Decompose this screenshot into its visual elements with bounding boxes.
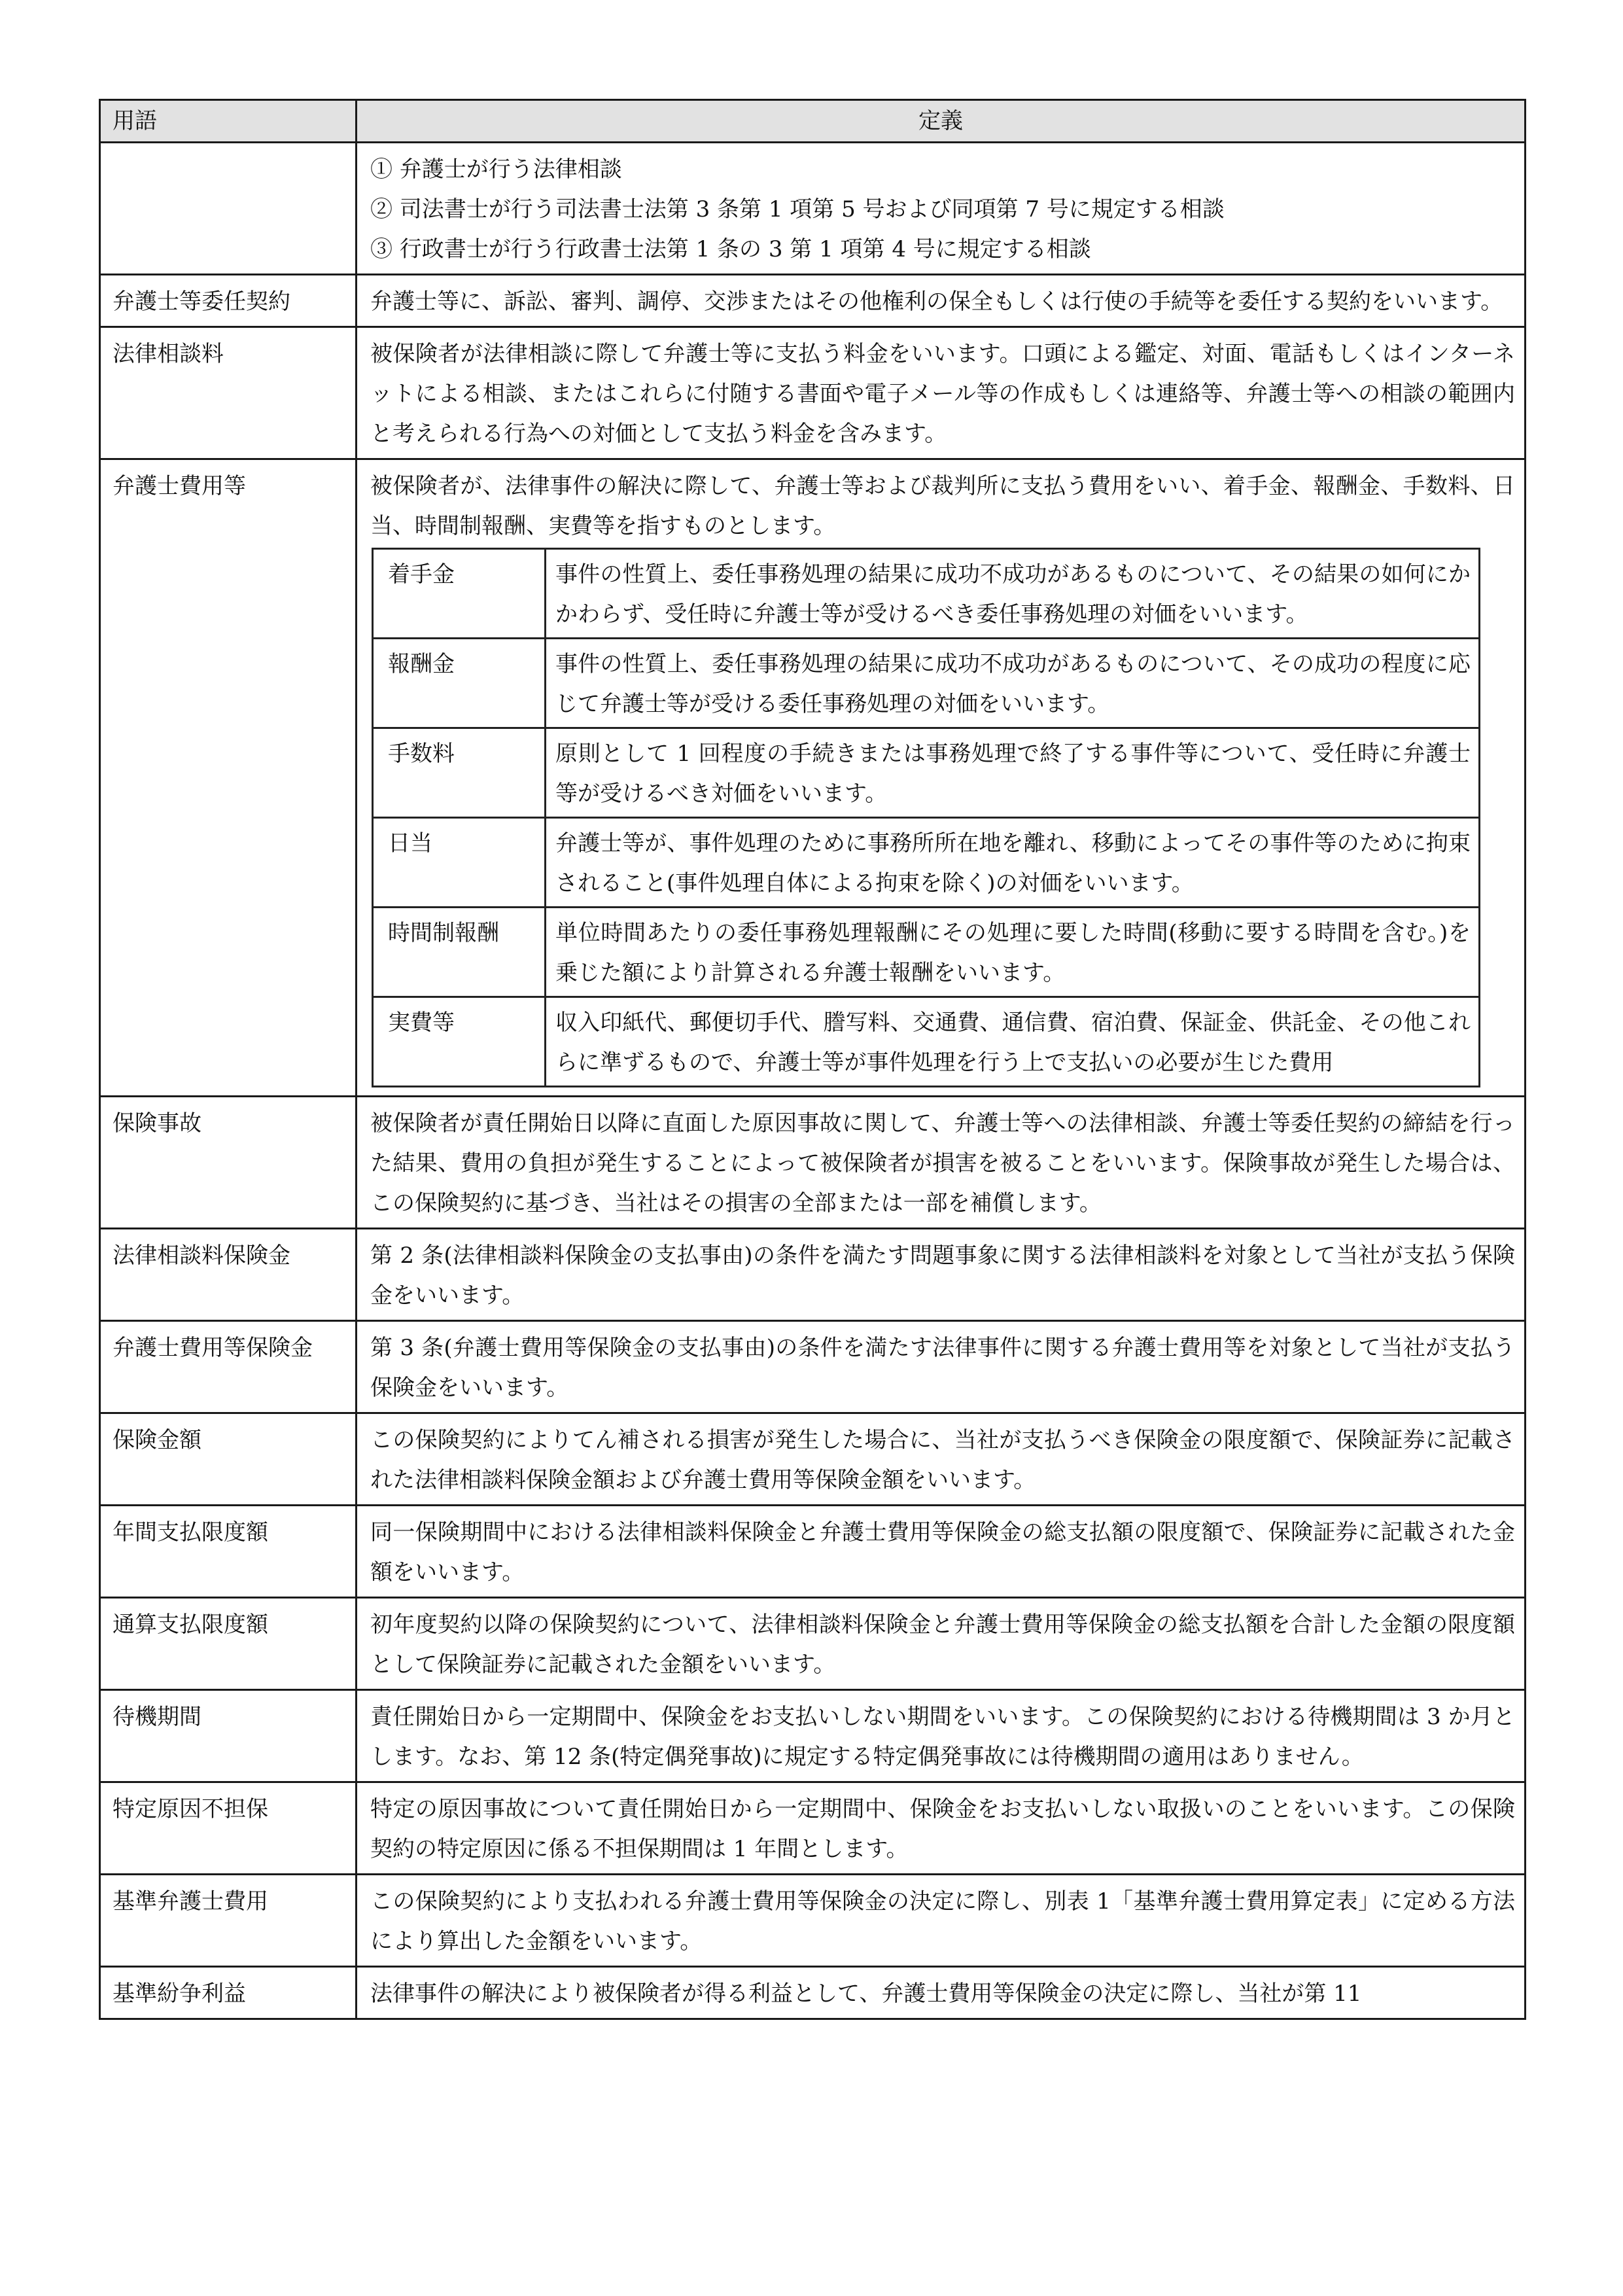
- table-row: 弁護士費用等 被保険者が、法律事件の解決に際して、弁護士等および裁判所に支払う費…: [100, 459, 1526, 1097]
- definition-cell: 初年度契約以降の保険契約について、法律相談料保険金と弁護士費用等保険金の総支払額…: [357, 1598, 1526, 1690]
- definition-text: 被保険者が、法律事件の解決に際して、弁護士等および裁判所に支払う費用をいい、着手…: [370, 467, 1515, 546]
- term-cell: 待機期間: [100, 1690, 357, 1782]
- table-row: 通算支払限度額 初年度契約以降の保険契約について、法律相談料保険金と弁護士費用等…: [100, 1598, 1526, 1690]
- definition-cell: 第 2 条(法律相談料保険金の支払事由)の条件を満たす問題事象に関する法律相談料…: [357, 1229, 1526, 1321]
- sub-definition-cell: 収入印紙代、郵便切手代、謄写料、交通費、通信費、宿泊費、保証金、供託金、その他こ…: [546, 997, 1480, 1087]
- sub-definition-cell: 単位時間あたりの委任事務処理報酬にその処理に要した時間(移動に要する時間を含む。…: [546, 908, 1480, 997]
- table-row: 法律相談料保険金 第 2 条(法律相談料保険金の支払事由)の条件を満たす問題事象…: [100, 1229, 1526, 1321]
- list-item: ① 弁護士が行う法律相談: [370, 150, 1515, 190]
- document-page: 用語 定義 ① 弁護士が行う法律相談 ② 司法書士が行う司法書士法第 3 条第 …: [99, 99, 1524, 2020]
- definition-cell: 責任開始日から一定期間中、保険金をお支払いしない期間をいいます。この保険契約にお…: [357, 1690, 1526, 1782]
- definition-cell: ① 弁護士が行う法律相談 ② 司法書士が行う司法書士法第 3 条第 1 項第 5…: [357, 143, 1526, 275]
- table-row: 基準紛争利益 法律事件の解決により被保険者が得る利益として、弁護士費用等保険金の…: [100, 1967, 1526, 2019]
- sub-table-row: 着手金 事件の性質上、委任事務処理の結果に成功不成功があるものについて、その結果…: [373, 549, 1480, 639]
- list-item: ③ 行政書士が行う行政書士法第 1 条の 3 第 1 項第 4 号に規定する相談: [370, 230, 1515, 270]
- term-cell: 通算支払限度額: [100, 1598, 357, 1690]
- definition-cell: 法律事件の解決により被保険者が得る利益として、弁護士費用等保険金の決定に際し、当…: [357, 1967, 1526, 2019]
- sub-term-cell: 着手金: [373, 549, 546, 639]
- sub-definition-cell: 事件の性質上、委任事務処理の結果に成功不成功があるものについて、その成功の程度に…: [546, 639, 1480, 728]
- sub-term-cell: 実費等: [373, 997, 546, 1087]
- definition-cell: この保険契約によりてん補される損害が発生した場合に、当社が支払うべき保険金の限度…: [357, 1413, 1526, 1506]
- table-row: 保険事故 被保険者が責任開始日以降に直面した原因事故に関して、弁護士等への法律相…: [100, 1097, 1526, 1229]
- table-header-row: 用語 定義: [100, 100, 1526, 143]
- term-cell: 弁護士費用等: [100, 459, 357, 1097]
- term-cell: 基準弁護士費用: [100, 1875, 357, 1967]
- term-cell: 保険事故: [100, 1097, 357, 1229]
- term-cell: 法律相談料保険金: [100, 1229, 357, 1321]
- table-row: 弁護士費用等保険金 第 3 条(弁護士費用等保険金の支払事由)の条件を満たす法律…: [100, 1321, 1526, 1413]
- term-cell: 特定原因不担保: [100, 1782, 357, 1875]
- definition-cell: 被保険者が、法律事件の解決に際して、弁護士等および裁判所に支払う費用をいい、着手…: [357, 459, 1526, 1097]
- definition-cell: 同一保険期間中における法律相談料保険金と弁護士費用等保険金の総支払額の限度額で、…: [357, 1506, 1526, 1598]
- table-row: 法律相談料 被保険者が法律相談に際して弁護士等に支払う料金をいいます。口頭による…: [100, 327, 1526, 459]
- definitions-table: 用語 定義 ① 弁護士が行う法律相談 ② 司法書士が行う司法書士法第 3 条第 …: [99, 99, 1526, 2020]
- definition-cell: 被保険者が法律相談に際して弁護士等に支払う料金をいいます。口頭による鑑定、対面、…: [357, 327, 1526, 459]
- table-row: 特定原因不担保 特定の原因事故について責任開始日から一定期間中、保険金をお支払い…: [100, 1782, 1526, 1875]
- sub-table-row: 日当 弁護士等が、事件処理のために事務所所在地を離れ、移動によってその事件等のた…: [373, 818, 1480, 908]
- sub-term-cell: 日当: [373, 818, 546, 908]
- list-item: ② 司法書士が行う司法書士法第 3 条第 1 項第 5 号および同項第 7 号に…: [370, 190, 1515, 230]
- table-row: 年間支払限度額 同一保険期間中における法律相談料保険金と弁護士費用等保険金の総支…: [100, 1506, 1526, 1598]
- table-row: 基準弁護士費用 この保険契約により支払われる弁護士費用等保険金の決定に際し、別表…: [100, 1875, 1526, 1967]
- sub-term-cell: 手数料: [373, 728, 546, 818]
- definition-cell: 第 3 条(弁護士費用等保険金の支払事由)の条件を満たす法律事件に関する弁護士費…: [357, 1321, 1526, 1413]
- term-cell: 年間支払限度額: [100, 1506, 357, 1598]
- sub-term-cell: 報酬金: [373, 639, 546, 728]
- definition-cell: 弁護士等に、訴訟、審判、調停、交渉またはその他権利の保全もしくは行使の手続等を委…: [357, 275, 1526, 327]
- table-row: ① 弁護士が行う法律相談 ② 司法書士が行う司法書士法第 3 条第 1 項第 5…: [100, 143, 1526, 275]
- sub-table-row: 時間制報酬 単位時間あたりの委任事務処理報酬にその処理に要した時間(移動に要する…: [373, 908, 1480, 997]
- term-cell: 基準紛争利益: [100, 1967, 357, 2019]
- definition-cell: 特定の原因事故について責任開始日から一定期間中、保険金をお支払いしない取扱いのこ…: [357, 1782, 1526, 1875]
- term-cell: [100, 143, 357, 275]
- table-row: 待機期間 責任開始日から一定期間中、保険金をお支払いしない期間をいいます。この保…: [100, 1690, 1526, 1782]
- sub-table-row: 手数料 原則として 1 回程度の手続きまたは事務処理で終了する事件等について、受…: [373, 728, 1480, 818]
- table-row: 保険金額 この保険契約によりてん補される損害が発生した場合に、当社が支払うべき保…: [100, 1413, 1526, 1506]
- term-cell: 弁護士等委任契約: [100, 275, 357, 327]
- header-definition: 定義: [357, 100, 1526, 143]
- sub-table-row: 報酬金 事件の性質上、委任事務処理の結果に成功不成功があるものについて、その成功…: [373, 639, 1480, 728]
- term-cell: 弁護士費用等保険金: [100, 1321, 357, 1413]
- table-row: 弁護士等委任契約 弁護士等に、訴訟、審判、調停、交渉またはその他権利の保全もしく…: [100, 275, 1526, 327]
- sub-definition-cell: 原則として 1 回程度の手続きまたは事務処理で終了する事件等について、受任時に弁…: [546, 728, 1480, 818]
- header-term: 用語: [100, 100, 357, 143]
- sub-table-row: 実費等 収入印紙代、郵便切手代、謄写料、交通費、通信費、宿泊費、保証金、供託金、…: [373, 997, 1480, 1087]
- term-cell: 保険金額: [100, 1413, 357, 1506]
- definition-cell: 被保険者が責任開始日以降に直面した原因事故に関して、弁護士等への法律相談、弁護士…: [357, 1097, 1526, 1229]
- fee-breakdown-table: 着手金 事件の性質上、委任事務処理の結果に成功不成功があるものについて、その結果…: [372, 548, 1480, 1087]
- term-cell: 法律相談料: [100, 327, 357, 459]
- sub-term-cell: 時間制報酬: [373, 908, 546, 997]
- definition-cell: この保険契約により支払われる弁護士費用等保険金の決定に際し、別表 1「基準弁護士…: [357, 1875, 1526, 1967]
- sub-definition-cell: 弁護士等が、事件処理のために事務所所在地を離れ、移動によってその事件等のために拘…: [546, 818, 1480, 908]
- sub-definition-cell: 事件の性質上、委任事務処理の結果に成功不成功があるものについて、その結果の如何に…: [546, 549, 1480, 639]
